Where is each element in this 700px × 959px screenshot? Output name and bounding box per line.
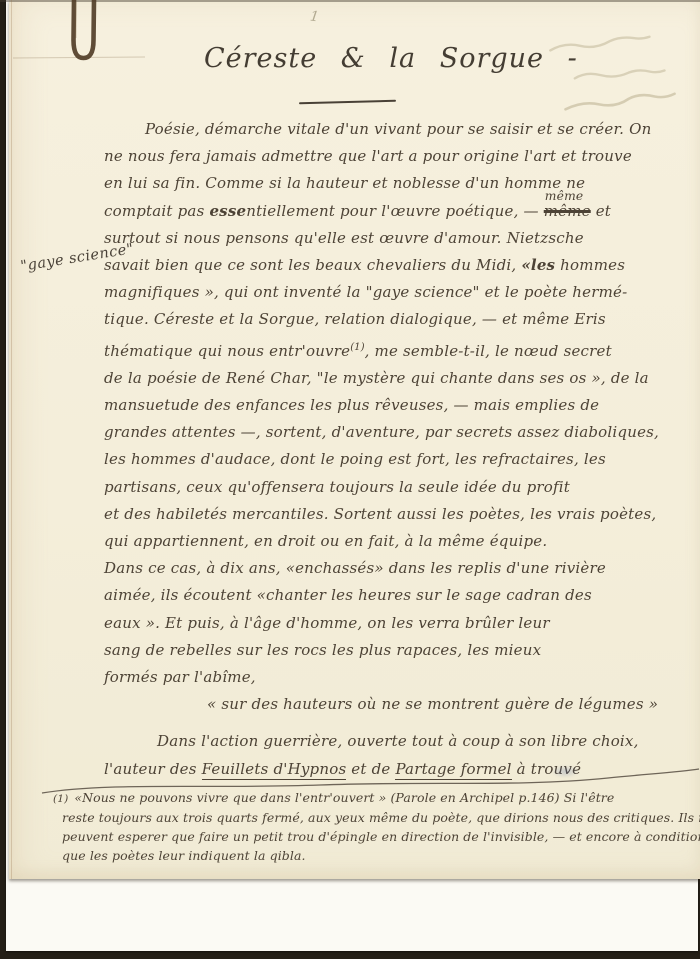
manuscript-line: aimée, ils écoutent «chanter les heures … (104, 582, 698, 609)
manuscript-line: Poésie, démarche vitale d'un vivant pour… (104, 116, 698, 143)
page-title: Céreste & la Sorgue - (204, 43, 578, 74)
ink-smudge (551, 765, 579, 778)
footnote-line: peuvent esperer que faire un petit trou … (62, 827, 694, 846)
manuscript-line: grandes attentes —, sortent, d'aventure,… (104, 419, 698, 446)
footnote-line: reste toujours aux trois quarts fermé, a… (62, 808, 694, 827)
manuscript-line: Dans ce cas, à dix ans, «enchassés» dans… (104, 555, 698, 582)
paperclip-icon (63, 0, 109, 66)
footnote-line: (1)«Nous ne pouvons vivre que dans l'ent… (53, 788, 694, 808)
manuscript-line: de la poésie de René Char, "le mystère q… (104, 365, 698, 392)
manuscript-line: en lui sa fin. Comme si la hauteur et no… (104, 170, 698, 197)
footnote-reference: (1) (350, 342, 364, 353)
manuscript-line: ne nous fera jamais admettre que l'art a… (104, 143, 698, 170)
inserted-word: même (545, 183, 584, 210)
manuscript-line: formés par l'abîme, (104, 664, 698, 691)
manuscript-line: les hommes d'audace, dont le poing est f… (104, 446, 698, 473)
manuscript-line: tique. Céreste et la Sorgue, relation di… (104, 306, 698, 333)
manuscript-line: mansuetude des enfances les plus rêveuse… (104, 392, 698, 419)
manuscript-line: magnifiques », qui ont inventé la "gaye … (104, 279, 698, 306)
manuscript-line: comptait pas essentiellement pour l'œuvr… (104, 198, 698, 225)
page-left-edge (11, 0, 12, 879)
manuscript-body: Poésie, démarche vitale d'un vivant pour… (104, 116, 698, 783)
manuscript-line: eaux ». Et puis, à l'âge d'homme, on les… (104, 610, 698, 637)
scanned-manuscript-page: { "colors": { "paper": "#f4eeda", "ink":… (0, 0, 700, 959)
manuscript-line: qui appartiennent, en droit ou en fait, … (104, 528, 698, 555)
manuscript-line: « sur des hauteurs où ne se montrent guè… (104, 691, 698, 718)
footnote-line: que les poètes leur indiquent la qibla. (62, 846, 694, 865)
manuscript-line: thématique qui nous entr'ouvre(1), me se… (104, 334, 698, 365)
manuscript-line: savait bien que ce sont les beaux cheval… (104, 252, 698, 279)
manuscript-line: partisans, ceux qu'offensera toujours la… (104, 474, 698, 501)
manuscript-line: sang de rebelles sur les rocs les plus r… (104, 637, 698, 664)
manuscript-footnote: (1)«Nous ne pouvons vivre que dans l'ent… (62, 788, 694, 865)
footnote-marker: (1) (53, 792, 68, 805)
manuscript-line: et des habiletés mercantiles. Sortent au… (104, 501, 698, 528)
manuscript-line: surtout si nous pensons qu'elle est œuvr… (104, 225, 698, 252)
manuscript-line: Dans l'action guerrière, ouverte tout à … (104, 728, 698, 755)
